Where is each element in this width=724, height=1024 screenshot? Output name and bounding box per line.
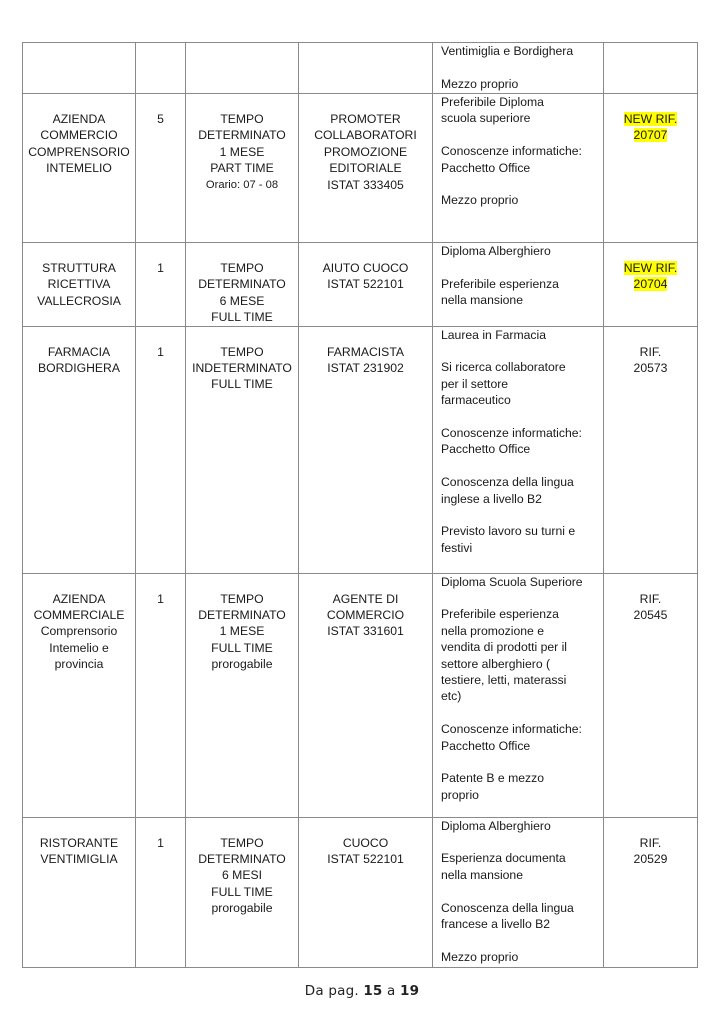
cell-line: inglese a livello B2 (441, 491, 599, 507)
cell-line: Pacchetto Office (441, 738, 599, 754)
cell-line: Mezzo proprio (441, 76, 599, 92)
cell-line: PROMOTER (299, 111, 432, 127)
reference-cell: RIF.20529 (604, 817, 698, 967)
cell-line: provincia (23, 656, 135, 672)
cell-line: CUOCO (299, 835, 432, 851)
cell-line: INDETERMINATO (186, 360, 298, 376)
company-cell (23, 43, 136, 94)
cell-line: Mezzo proprio (441, 192, 599, 208)
cell-line: Mezzo proprio (441, 949, 599, 965)
reference-cell: RIF.20545 (604, 573, 698, 817)
cell-line: Previsto lavoro su turni e (441, 523, 599, 539)
cell-line: Diploma Scuola Superiore (441, 574, 599, 590)
reference-label: NEW RIF. (624, 112, 678, 126)
reference-cell: RIF.20573 (604, 326, 698, 573)
cell-line: Laurea in Farmacia (441, 327, 599, 343)
contract-schedule-note: Orario: 07 - 08 (186, 177, 298, 193)
company-cell: FARMACIABORDIGHERA (23, 326, 136, 573)
cell-line: Preferibile Diploma (441, 94, 599, 110)
cell-line: FARMACIA (23, 344, 135, 360)
contract-cell: TEMPODETERMINATO6 MESIFULL TIMEprorogabi… (186, 817, 299, 967)
cell-line: VALLECROSIA (23, 293, 135, 309)
cell-line: Conoscenze informatiche: (441, 721, 599, 737)
cell-line: Si ricerca collaboratore (441, 359, 599, 375)
cell-line: Esperienza documenta (441, 850, 599, 866)
cell-line: AGENTE DI (299, 591, 432, 607)
new-reference-badge: NEW RIF.20704 (624, 260, 678, 293)
requirement-block: Preferibile esperienzanella promozione e… (441, 606, 599, 704)
positions-count-cell: 1 (136, 243, 186, 327)
cell-line: festivi (441, 540, 599, 556)
requirement-block: Diploma Alberghiero (441, 243, 599, 259)
position-cell: FARMACISTAISTAT 231902 (299, 326, 433, 573)
reference-label: RIF. (640, 836, 662, 850)
requirement-block: Laurea in Farmacia (441, 327, 599, 343)
reference-badge: RIF.20573 (634, 344, 668, 377)
cell-line: EDITORIALE (299, 160, 432, 176)
company-cell: RISTORANTEVENTIMIGLIA (23, 817, 136, 967)
cell-line: Patente B e mezzo (441, 770, 599, 786)
company-cell: AZIENDACOMMERCIOCOMPRENSORIOINTEMELIO (23, 94, 136, 243)
cell-line: FULL TIME (186, 640, 298, 656)
reference-code: 20545 (634, 608, 668, 622)
cell-line: Conoscenza della lingua (441, 900, 599, 916)
requirements-cell: Diploma AlberghieroEsperienza documentan… (433, 817, 604, 967)
cell-line: scuola superiore (441, 110, 599, 126)
cell-line: per il settore (441, 376, 599, 392)
footer-prefix: Da pag. (305, 983, 359, 999)
cell-line: nella mansione (441, 867, 599, 883)
cell-line: ISTAT 522101 (299, 851, 432, 867)
footer-from-page: 15 (363, 983, 382, 999)
position-cell (299, 43, 433, 94)
requirement-block: Previsto lavoro su turni efestivi (441, 523, 599, 556)
job-offer-row: RISTORANTEVENTIMIGLIA1TEMPODETERMINATO6 … (23, 817, 698, 967)
positions-count-cell (136, 43, 186, 94)
contract-cell: TEMPOINDETERMINATOFULL TIME (186, 326, 299, 573)
positions-count-cell: 1 (136, 817, 186, 967)
position-cell: PROMOTERCOLLABORATORIPROMOZIONEEDITORIAL… (299, 94, 433, 243)
job-offers-table: Ventimiglia e BordigheraMezzo proprioAZI… (22, 42, 698, 968)
requirement-block: Mezzo proprio (441, 76, 599, 92)
cell-line: proprio (441, 787, 599, 803)
cell-line: FARMACISTA (299, 344, 432, 360)
job-offer-row: Ventimiglia e BordigheraMezzo proprio (23, 43, 698, 94)
cell-line: settore alberghiero ( (441, 656, 599, 672)
new-reference-badge: NEW RIF.20707 (624, 111, 678, 144)
positions-count: 1 (136, 835, 185, 851)
cell-line: nella promozione e (441, 623, 599, 639)
cell-line: TEMPO (186, 591, 298, 607)
reference-cell: NEW RIF.20707 (604, 94, 698, 243)
requirement-block: Conoscenza della linguainglese a livello… (441, 474, 599, 507)
reference-code: 20704 (634, 277, 668, 291)
cell-line: Conoscenze informatiche: (441, 425, 599, 441)
position-cell: AGENTE DICOMMERCIOISTAT 331601 (299, 573, 433, 817)
requirement-block: Patente B e mezzoproprio (441, 770, 599, 803)
cell-line: VENTIMIGLIA (23, 851, 135, 867)
position-cell: CUOCOISTAT 522101 (299, 817, 433, 967)
positions-count: 1 (136, 591, 185, 607)
cell-line: ISTAT 522101 (299, 276, 432, 292)
reference-label: RIF. (640, 345, 662, 359)
cell-line: francese a livello B2 (441, 916, 599, 932)
cell-line: prorogabile (186, 900, 298, 916)
cell-line: TEMPO (186, 260, 298, 276)
positions-count: 5 (136, 111, 185, 127)
cell-line: Comprensorio (23, 623, 135, 639)
company-cell: AZIENDACOMMERCIALEComprensorioIntemelio … (23, 573, 136, 817)
cell-line: RISTORANTE (23, 835, 135, 851)
reference-code: 20529 (634, 852, 668, 866)
reference-badge: RIF.20529 (634, 835, 668, 868)
cell-line: 6 MESE (186, 293, 298, 309)
cell-line: Diploma Alberghiero (441, 243, 599, 259)
requirement-block: Diploma Scuola Superiore (441, 574, 599, 590)
requirements-cell: Ventimiglia e BordigheraMezzo proprio (433, 43, 604, 94)
requirement-block: Conoscenze informatiche:Pacchetto Office (441, 425, 599, 458)
contract-cell: TEMPODETERMINATO6 MESEFULL TIME (186, 243, 299, 327)
cell-line: FULL TIME (186, 376, 298, 392)
job-offer-row: FARMACIABORDIGHERA1TEMPOINDETERMINATOFUL… (23, 326, 698, 573)
positions-count-cell: 1 (136, 326, 186, 573)
cell-line: Conoscenze informatiche: (441, 143, 599, 159)
page-range-footer: Da pag. 15 a 19 (0, 983, 724, 999)
cell-line: DETERMINATO (186, 127, 298, 143)
job-offer-row: AZIENDACOMMERCIALEComprensorioIntemelio … (23, 573, 698, 817)
reference-label: NEW RIF. (624, 261, 678, 275)
cell-line: prorogabile (186, 656, 298, 672)
reference-cell: NEW RIF.20704 (604, 243, 698, 327)
contract-cell (186, 43, 299, 94)
requirements-cell: Diploma Scuola SuperiorePreferibile espe… (433, 573, 604, 817)
reference-code: 20573 (634, 361, 668, 375)
requirement-block: Diploma Alberghiero (441, 818, 599, 834)
cell-line: COMPRENSORIO (23, 144, 135, 160)
job-offer-row: AZIENDACOMMERCIOCOMPRENSORIOINTEMELIO5TE… (23, 94, 698, 243)
company-cell: STRUTTURARICETTIVAVALLECROSIA (23, 243, 136, 327)
cell-line: Pacchetto Office (441, 160, 599, 176)
cell-line: COMMERCIO (299, 607, 432, 623)
reference-badge: RIF.20545 (634, 591, 668, 624)
cell-line: COLLABORATORI (299, 127, 432, 143)
requirement-block: Mezzo proprio (441, 192, 599, 208)
requirement-block: Si ricerca collaboratoreper il settorefa… (441, 359, 599, 408)
cell-line: farmaceutico (441, 392, 599, 408)
cell-line: Diploma Alberghiero (441, 818, 599, 834)
cell-line: BORDIGHERA (23, 360, 135, 376)
cell-line: 1 MESE (186, 144, 298, 160)
requirements-cell: Preferibile Diplomascuola superioreConos… (433, 94, 604, 243)
cell-line: Preferibile esperienza (441, 606, 599, 622)
cell-line: AIUTO CUOCO (299, 260, 432, 276)
requirement-block: Conoscenza della linguafrancese a livell… (441, 900, 599, 933)
cell-line: COMMERCIALE (23, 607, 135, 623)
requirements-cell: Laurea in FarmaciaSi ricerca collaborato… (433, 326, 604, 573)
footer-separator: a (387, 983, 395, 999)
cell-line: etc) (441, 688, 599, 704)
cell-line: DETERMINATO (186, 276, 298, 292)
cell-line: Conoscenza della lingua (441, 474, 599, 490)
requirement-block: Esperienza documentanella mansione (441, 850, 599, 883)
cell-line: nella mansione (441, 292, 599, 308)
cell-line: ISTAT 331601 (299, 623, 432, 639)
requirement-block: Ventimiglia e Bordighera (441, 43, 599, 59)
cell-line: 6 MESI (186, 867, 298, 883)
cell-line: 1 MESE (186, 623, 298, 639)
cell-line: DETERMINATO (186, 851, 298, 867)
document-page: Ventimiglia e BordigheraMezzo proprioAZI… (0, 0, 724, 1024)
cell-line: Intemelio e (23, 640, 135, 656)
contract-cell: TEMPODETERMINATO1 MESEFULL TIMEprorogabi… (186, 573, 299, 817)
positions-count: 1 (136, 260, 185, 276)
requirement-block: Mezzo proprio (441, 949, 599, 965)
job-offer-row: STRUTTURARICETTIVAVALLECROSIA1TEMPODETER… (23, 243, 698, 327)
reference-label: RIF. (640, 592, 662, 606)
reference-code: 20707 (634, 128, 668, 142)
cell-line: TEMPO (186, 111, 298, 127)
positions-count: 1 (136, 344, 185, 360)
footer-to-page: 19 (400, 983, 419, 999)
contract-cell: TEMPODETERMINATO1 MESEPART TIMEOrario: 0… (186, 94, 299, 243)
cell-line: TEMPO (186, 835, 298, 851)
cell-line: INTEMELIO (23, 160, 135, 176)
cell-line: AZIENDA (23, 591, 135, 607)
cell-line: TEMPO (186, 344, 298, 360)
cell-line: PROMOZIONE (299, 144, 432, 160)
cell-line: RICETTIVA (23, 276, 135, 292)
requirement-block: Conoscenze informatiche:Pacchetto Office (441, 721, 599, 754)
cell-line: Preferibile esperienza (441, 276, 599, 292)
cell-line: AZIENDA (23, 111, 135, 127)
cell-line: COMMERCIO (23, 127, 135, 143)
positions-count-cell: 1 (136, 573, 186, 817)
cell-line: ISTAT 231902 (299, 360, 432, 376)
requirement-block: Conoscenze informatiche:Pacchetto Office (441, 143, 599, 176)
cell-line: Ventimiglia e Bordighera (441, 43, 599, 59)
cell-line: STRUTTURA (23, 260, 135, 276)
requirement-block: Preferibile Diplomascuola superiore (441, 94, 599, 127)
cell-line: PART TIME (186, 160, 298, 176)
position-cell: AIUTO CUOCOISTAT 522101 (299, 243, 433, 327)
cell-line: vendita di prodotti per il (441, 639, 599, 655)
requirements-cell: Diploma AlberghieroPreferibile esperienz… (433, 243, 604, 327)
positions-count-cell: 5 (136, 94, 186, 243)
cell-line: testiere, letti, materassi (441, 672, 599, 688)
cell-line: Pacchetto Office (441, 441, 599, 457)
cell-line: ISTAT 333405 (299, 177, 432, 193)
cell-line: FULL TIME (186, 884, 298, 900)
cell-line: DETERMINATO (186, 607, 298, 623)
requirement-block: Preferibile esperienzanella mansione (441, 276, 599, 309)
cell-line: FULL TIME (186, 309, 298, 325)
reference-cell (604, 43, 698, 94)
